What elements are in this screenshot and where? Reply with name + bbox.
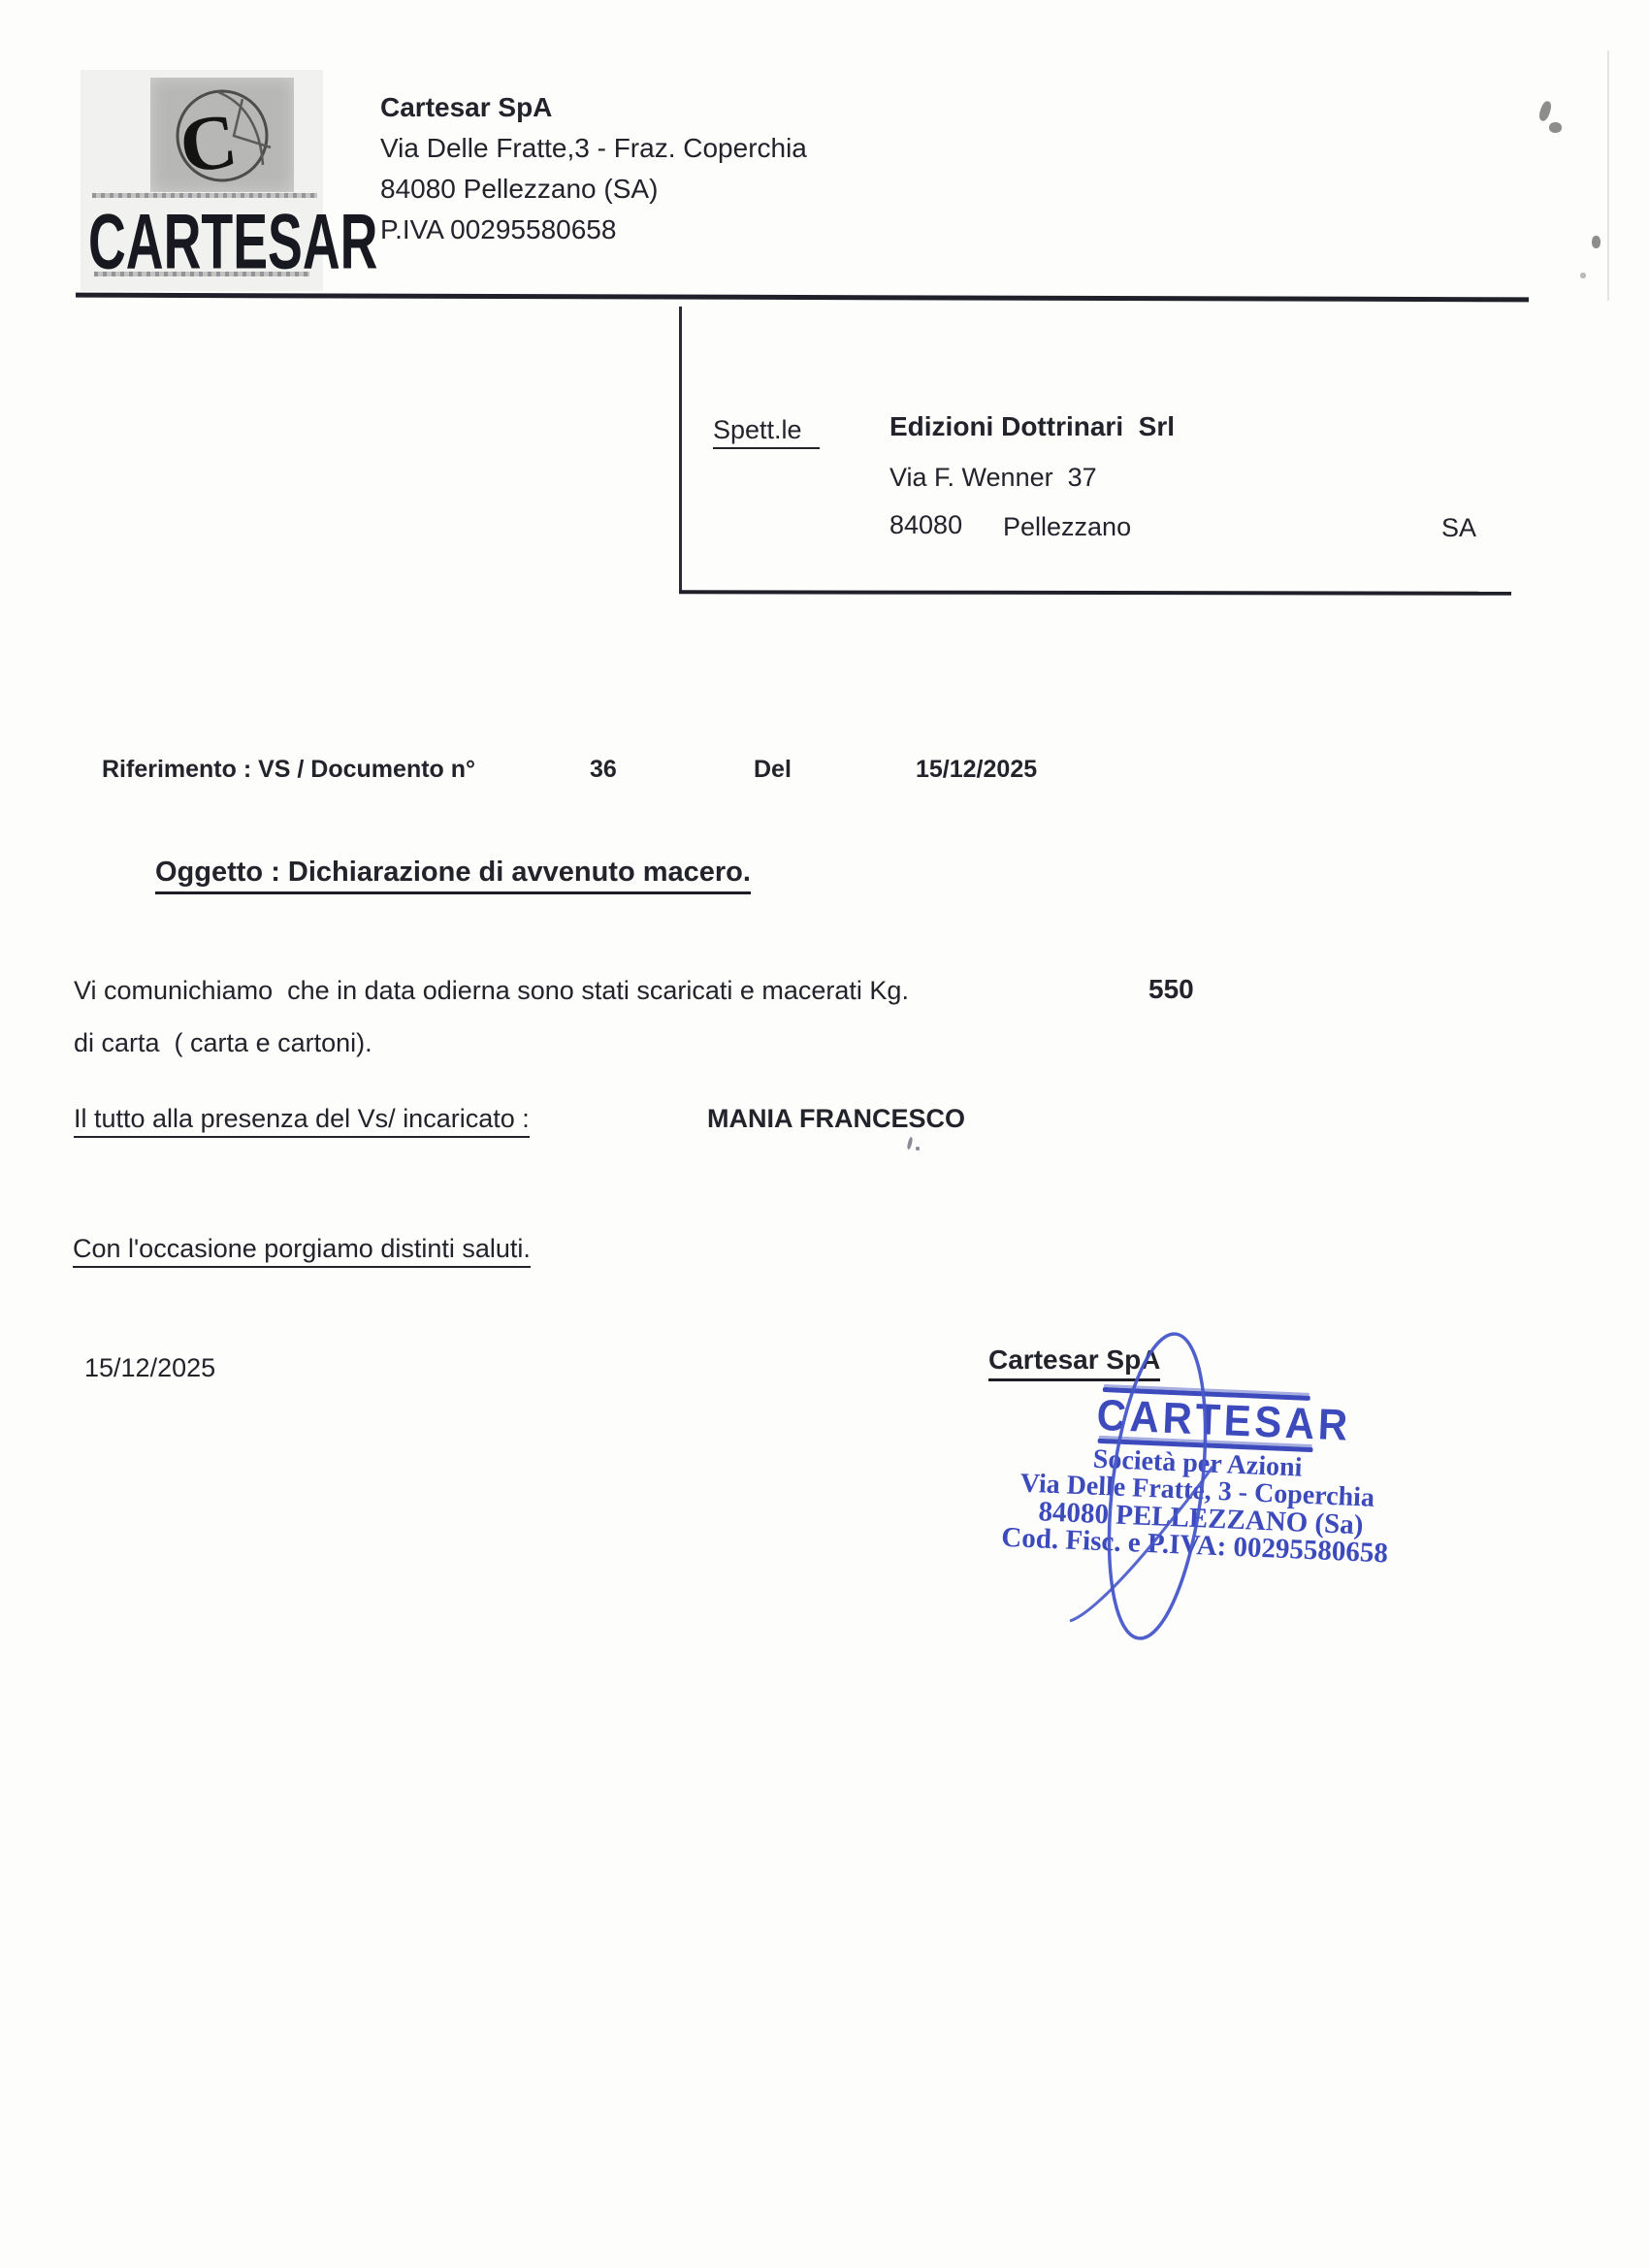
ink-speck bbox=[1580, 273, 1586, 278]
letterhead-company-name: Cartesar SpA bbox=[380, 92, 552, 123]
address-box-bottom-rule bbox=[679, 590, 1511, 595]
recipient-postal-code: 84080 bbox=[889, 510, 962, 540]
address-box-vertical-line bbox=[679, 307, 682, 594]
quantity-kg: 550 bbox=[1148, 974, 1194, 1005]
letterhead-divider-rule bbox=[76, 293, 1529, 303]
ink-speck bbox=[1592, 236, 1600, 248]
body-line1: Vi comunichiamo che in data odierna sono… bbox=[74, 976, 909, 1006]
reference-date: 15/12/2025 bbox=[916, 756, 1037, 784]
ink-speck bbox=[1537, 100, 1553, 122]
reference-label: Riferimento : VS / Documento n° bbox=[102, 756, 475, 784]
company-logo: C CARTESAR bbox=[81, 70, 323, 291]
closing-line: Con l'occasione porgiamo distinti saluti… bbox=[73, 1234, 531, 1268]
ink-speck bbox=[1549, 122, 1562, 133]
recipient-province: SA bbox=[1441, 513, 1476, 543]
scan-edge-line bbox=[1607, 50, 1609, 301]
subject-line: Oggetto : Dichiarazione di avvenuto mace… bbox=[155, 857, 751, 894]
scanned-letter-page: C CARTESAR Cartesar SpA Via Delle Fratte… bbox=[0, 0, 1649, 2268]
reference-document-number: 36 bbox=[590, 756, 617, 784]
signoff-date: 15/12/2025 bbox=[84, 1353, 215, 1383]
svg-text:C: C bbox=[175, 98, 242, 190]
company-stamp: CARTESAR Società per Azioni Via Delle Fr… bbox=[995, 1377, 1439, 1589]
logo-photo-emblem: C bbox=[150, 78, 294, 192]
reference-of-label: Del bbox=[754, 756, 792, 784]
letterhead-city: 84080 Pellezzano (SA) bbox=[380, 174, 658, 205]
recipient-salutation: Spett.le bbox=[713, 415, 820, 449]
witness-label: Il tutto alla presenza del Vs/ incaricat… bbox=[74, 1104, 530, 1138]
globe-c-icon: C bbox=[150, 78, 294, 192]
body-line2: di carta ( carta e cartoni). bbox=[74, 1028, 372, 1058]
ink-speck bbox=[916, 1147, 920, 1150]
letterhead-address: Via Delle Fratte,3 - Fraz. Coperchia bbox=[380, 133, 807, 164]
ink-speck bbox=[906, 1137, 913, 1150]
recipient-street: Via F. Wenner 37 bbox=[889, 463, 1097, 493]
recipient-company: Edizioni Dottrinari Srl bbox=[889, 411, 1175, 442]
letterhead-vat: P.IVA 00295580658 bbox=[380, 214, 616, 245]
witness-name: MANIA FRANCESCO bbox=[707, 1104, 965, 1134]
logo-stripe-bottom bbox=[94, 272, 309, 276]
recipient-city: Pellezzano bbox=[1003, 512, 1131, 542]
